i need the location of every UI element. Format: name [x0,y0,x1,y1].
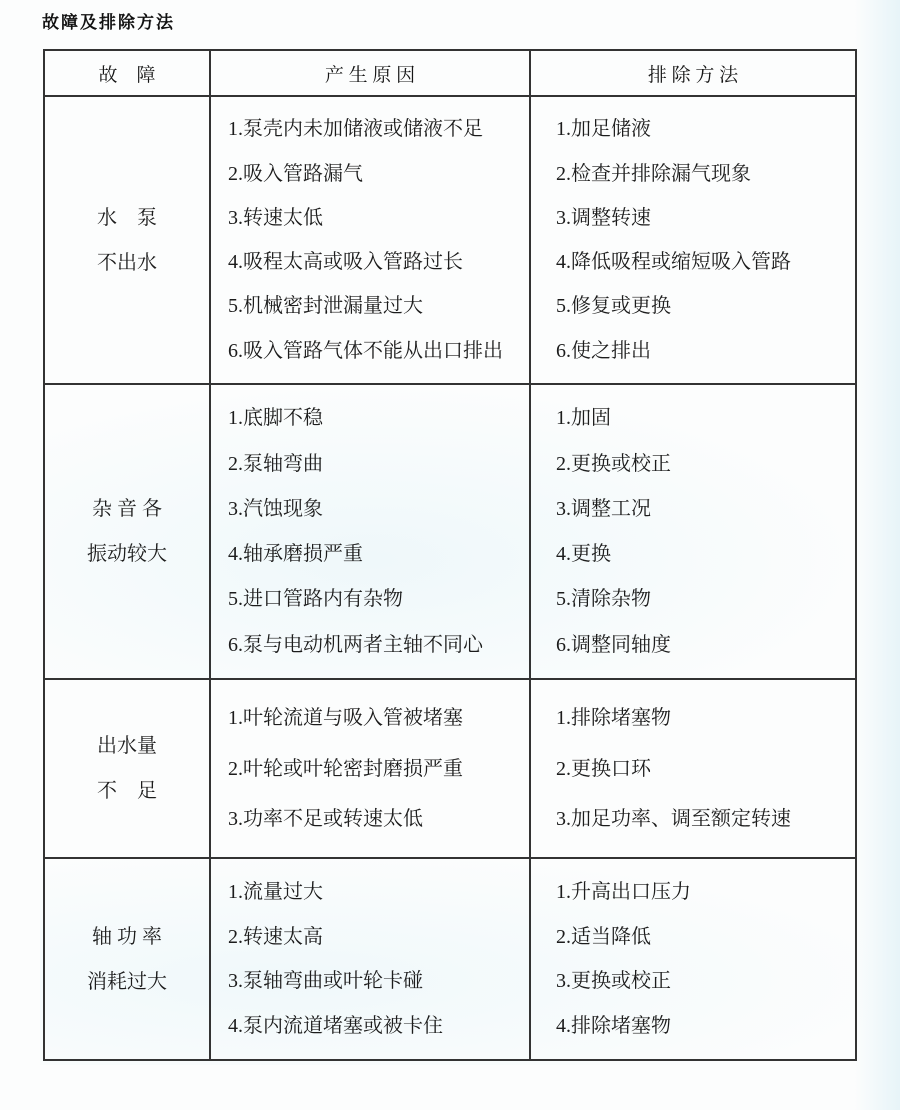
remedy-item: 2.更换或校正 [556,452,849,476]
remedy-item: 4.更换 [556,542,849,566]
fault-cell: 轴 功 率 消耗过大 [45,859,209,1059]
fault-label-line: 出水量 [97,733,157,759]
remedy-item: 3.调整转速 [556,206,849,230]
remedy-item: 3.加足功率、调至额定转速 [556,807,849,831]
cause-item: 5.进口管路内有杂物 [228,587,523,611]
causes-cell: 1.流量过大 2.转速太高 3.泵轴弯曲或叶轮卡碰 4.泵内流道堵塞或被卡住 [209,859,529,1059]
header-remedy: 排 除 方 法 [529,51,855,95]
remedy-item: 4.降低吸程或缩短吸入管路 [556,250,849,274]
fault-label-line: 杂 音 各 [92,496,162,522]
cause-item: 4.轴承磨损严重 [228,542,523,566]
remedy-item: 6.使之排出 [556,339,849,363]
fault-label-line: 不出水 [97,250,157,276]
cause-item: 4.吸程太高或吸入管路过长 [228,250,523,274]
cause-item: 1.叶轮流道与吸入管被堵塞 [228,706,523,730]
remedy-item: 2.更换口环 [556,757,849,781]
remedy-item: 3.更换或校正 [556,969,849,993]
causes-cell: 1.泵壳内未加储液或储液不足 2.吸入管路漏气 3.转速太低 4.吸程太高或吸入… [209,97,529,383]
cause-item: 2.叶轮或叶轮密封磨损严重 [228,757,523,781]
remedies-cell: 1.加固 2.更换或校正 3.调整工况 4.更换 5.清除杂物 6.调整同轴度 [529,385,855,678]
fault-label-line: 轴 功 率 [92,924,162,950]
remedy-item: 3.调整工况 [556,497,849,521]
cause-item: 3.汽蚀现象 [228,497,523,521]
fault-cell: 出水量 不 足 [45,680,209,857]
page-title: 故障及排除方法 [42,8,175,33]
fault-label-line: 不 足 [97,778,157,804]
header-fault: 故 障 [45,51,209,95]
cause-item: 2.泵轴弯曲 [228,452,523,476]
remedy-item: 1.排除堵塞物 [556,706,849,730]
causes-cell: 1.底脚不稳 2.泵轴弯曲 3.汽蚀现象 4.轴承磨损严重 5.进口管路内有杂物… [209,385,529,678]
remedy-item: 1.升高出口压力 [556,880,849,904]
troubleshooting-table: 故 障 产 生 原 因 排 除 方 法 水 泵 不出水 1.泵壳内未加储液或储液… [43,49,857,1061]
remedy-item: 6.调整同轴度 [556,633,849,657]
remedies-cell: 1.升高出口压力 2.适当降低 3.更换或校正 4.排除堵塞物 [529,859,855,1059]
cause-item: 4.泵内流道堵塞或被卡住 [228,1014,523,1038]
fault-cell: 杂 音 各 振动较大 [45,385,209,678]
table-row: 水 泵 不出水 1.泵壳内未加储液或储液不足 2.吸入管路漏气 3.转速太低 4… [45,95,855,383]
fault-cell: 水 泵 不出水 [45,97,209,383]
cause-item: 3.功率不足或转速太低 [228,807,523,831]
remedy-item: 2.适当降低 [556,925,849,949]
remedy-item: 1.加固 [556,406,849,430]
cause-item: 1.流量过大 [228,880,523,904]
cause-item: 5.机械密封泄漏量过大 [228,294,523,318]
cause-item: 3.转速太低 [228,206,523,230]
remedy-item: 1.加足储液 [556,117,849,141]
cause-item: 2.转速太高 [228,925,523,949]
table-row: 杂 音 各 振动较大 1.底脚不稳 2.泵轴弯曲 3.汽蚀现象 4.轴承磨损严重… [45,383,855,678]
cause-item: 1.底脚不稳 [228,406,523,430]
remedy-item: 4.排除堵塞物 [556,1014,849,1038]
remedy-item: 5.清除杂物 [556,587,849,611]
remedies-cell: 1.加足储液 2.检查并排除漏气现象 3.调整转速 4.降低吸程或缩短吸入管路 … [529,97,855,383]
cause-item: 6.泵与电动机两者主轴不同心 [228,633,523,657]
cause-item: 3.泵轴弯曲或叶轮卡碰 [228,969,523,993]
scan-tint-right [854,0,900,1110]
fault-label-line: 水 泵 [97,205,157,231]
causes-cell: 1.叶轮流道与吸入管被堵塞 2.叶轮或叶轮密封磨损严重 3.功率不足或转速太低 [209,680,529,857]
table-row: 轴 功 率 消耗过大 1.流量过大 2.转速太高 3.泵轴弯曲或叶轮卡碰 4.泵… [45,857,855,1059]
cause-item: 2.吸入管路漏气 [228,162,523,186]
table-header-row: 故 障 产 生 原 因 排 除 方 法 [45,51,855,95]
fault-label-line: 振动较大 [87,541,167,567]
cause-item: 1.泵壳内未加储液或储液不足 [228,117,523,141]
cause-item: 6.吸入管路气体不能从出口排出 [228,339,523,363]
fault-label-line: 消耗过大 [87,969,167,995]
remedy-item: 5.修复或更换 [556,294,849,318]
remedy-item: 2.检查并排除漏气现象 [556,162,849,186]
header-cause: 产 生 原 因 [209,51,529,95]
table-row: 出水量 不 足 1.叶轮流道与吸入管被堵塞 2.叶轮或叶轮密封磨损严重 3.功率… [45,678,855,857]
remedies-cell: 1.排除堵塞物 2.更换口环 3.加足功率、调至额定转速 [529,680,855,857]
